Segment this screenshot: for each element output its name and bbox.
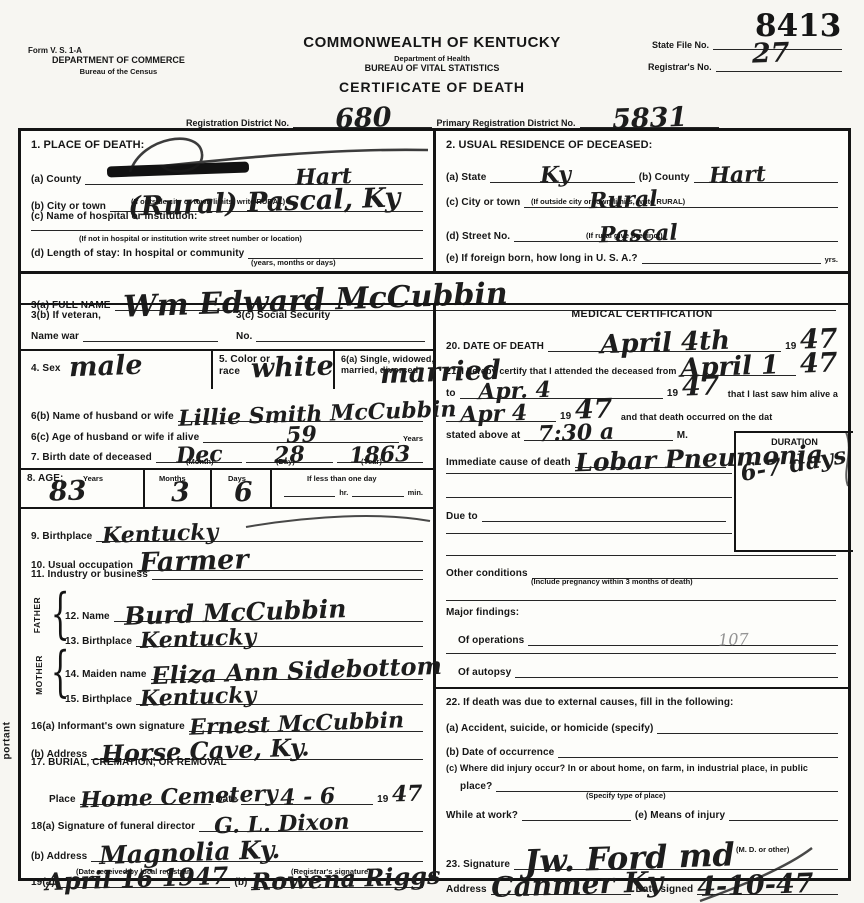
pod-hospital-line bbox=[31, 230, 423, 231]
funeral-addr-row: (b) Address Magnolia Ky. bbox=[31, 837, 423, 862]
district-row: Registration District No. 680 Primary Re… bbox=[186, 102, 719, 128]
other-note: (Include pregnancy within 3 months of de… bbox=[531, 577, 693, 586]
res-city-note: (If outside city or town limits, write R… bbox=[531, 197, 685, 206]
veteran-label: 3(b) If veteran, bbox=[31, 310, 101, 321]
operations-row: Of operations 107 bbox=[458, 627, 838, 646]
pod-hospital-note: (If not in hospital or institution write… bbox=[79, 234, 302, 243]
age-hr-min-row: hr. min. bbox=[284, 488, 423, 497]
registrar-sig-cap: (Registrar's signature) bbox=[291, 867, 371, 876]
spouse-line: Lillie Smith McCubbin bbox=[178, 400, 423, 422]
marital-cell: 6(a) Single, widowed, married, divorced … bbox=[335, 351, 433, 389]
race-value: white bbox=[251, 355, 335, 382]
father-name-row: 12. Name Burd McCubbin bbox=[65, 597, 423, 622]
informant-sig-label: 16(a) Informant's own signature bbox=[31, 721, 185, 732]
autopsy-line bbox=[515, 677, 838, 678]
right-column: MEDICAL CERTIFICATION 20. DATE OF DEATH … bbox=[436, 303, 848, 880]
fullname-row: 3(a) FULL NAME Wm Edward McCubbin bbox=[21, 274, 848, 303]
external-b-line bbox=[558, 757, 838, 758]
mother-name-value: Eliza Ann Sidebottom bbox=[150, 655, 441, 687]
reg-district-line: 680 bbox=[293, 102, 432, 128]
primary-district-line: 5831 bbox=[580, 102, 719, 128]
burial-heading: 17. BURIAL, CREMATION, OR REMOVAL bbox=[31, 757, 227, 768]
father-birthplace-value: Kentucky bbox=[140, 628, 257, 652]
cause-blank-2 bbox=[446, 497, 732, 498]
res-street-label: (d) Street No. bbox=[446, 231, 510, 242]
age-less-cell: If less than one day hr. min. bbox=[272, 470, 433, 507]
res-city-label: (c) City or town bbox=[446, 197, 520, 208]
date-signed-line: 4-10-47 bbox=[697, 869, 838, 895]
due-blank-2 bbox=[446, 555, 836, 556]
to-year: 47 bbox=[682, 374, 720, 400]
race-cell: 5. Color or race white bbox=[213, 351, 335, 389]
operations-label: Of operations bbox=[458, 635, 524, 646]
certify-text-4: stated above at bbox=[446, 430, 520, 441]
work-line bbox=[522, 820, 631, 821]
due-to-label: Due to bbox=[446, 511, 478, 522]
sex-cell: 4. Sex male bbox=[21, 351, 213, 389]
burial-date-value: 4 - 6 bbox=[280, 787, 336, 809]
age-days-value: 6 bbox=[234, 481, 254, 506]
burial-place-line: Home Cemetery bbox=[80, 783, 212, 805]
pod-heading-row: 1. PLACE OF DEATH: bbox=[31, 139, 423, 151]
certify-row-2: to Apr. 4 1947 that I last saw him alive… bbox=[446, 375, 838, 399]
veteran-ssn-row: 3(b) If veteran, Name war 3(c) Social Se… bbox=[21, 305, 433, 351]
operations-blank bbox=[446, 653, 836, 654]
hour-value: 7:30 a bbox=[538, 423, 615, 445]
mother-birthplace-line: Kentucky bbox=[136, 683, 423, 705]
ssn-label: 3(c) Social Security bbox=[236, 310, 330, 321]
form-code-text: Form V. S. 1-A bbox=[28, 46, 82, 55]
age-less-label: If less than one day bbox=[307, 474, 377, 483]
registrar-no-label: Registrar's No. bbox=[648, 62, 712, 72]
funeral-sig-value: G. L. Dixon bbox=[214, 813, 350, 838]
funeral-sig-line: G. L. Dixon bbox=[199, 810, 423, 832]
birthplace-row: 9. Birthplace Kentucky bbox=[31, 520, 423, 542]
registrar-no-row: Registrar's No. bbox=[648, 62, 842, 72]
external-a-line bbox=[657, 733, 838, 734]
external-a-row: (a) Accident, suicide, or homicide (spec… bbox=[446, 723, 838, 734]
mother-name-label: 14. Maiden name bbox=[65, 669, 147, 680]
veteran-war-row: Name war bbox=[31, 331, 218, 342]
burial-year-value: 47 bbox=[392, 785, 423, 806]
spouse-age-row: 6(c) Age of husband or wife if alive 59 … bbox=[31, 421, 423, 443]
sex-value: male bbox=[69, 354, 143, 381]
ssn-sub-label: No. bbox=[236, 331, 252, 342]
birth-year-cap: (Year) bbox=[361, 457, 382, 466]
physician-addr-line: Canmer Ky bbox=[491, 867, 632, 895]
res-county-label: (b) County bbox=[639, 172, 690, 183]
means-line bbox=[729, 820, 838, 821]
birthdate-label: 7. Birth date of deceased bbox=[31, 452, 152, 463]
means-label: (e) Means of injury bbox=[635, 810, 725, 821]
funeral-sig-label: 18(a) Signature of funeral director bbox=[31, 821, 195, 832]
res-foreign-line bbox=[642, 263, 821, 264]
veteran-sub-label: Name war bbox=[31, 331, 79, 342]
res-street-line: Pascal bbox=[514, 220, 838, 242]
registrar-b-label: (b) bbox=[234, 877, 247, 888]
mother-name-row: 14. Maiden name Eliza Ann Sidebottom bbox=[65, 655, 423, 680]
pod-heading: 1. PLACE OF DEATH: bbox=[31, 139, 144, 151]
mother-side-label: MOTHER bbox=[34, 655, 44, 695]
age-hr-label: hr. bbox=[339, 488, 348, 497]
birthplace-value: Kentucky bbox=[102, 523, 219, 547]
mother-birthplace-label: 15. Birthplace bbox=[65, 694, 132, 705]
bureau-census: Bureau of the Census bbox=[52, 67, 185, 76]
age-days-cell: Days 6 bbox=[212, 470, 272, 507]
burial-heading-row: 17. BURIAL, CREMATION, OR REMOVAL bbox=[31, 757, 423, 768]
external-c-label-2: place? bbox=[460, 781, 492, 792]
due-blank-1 bbox=[446, 533, 732, 534]
pod-stay-label: (d) Length of stay: In hospital or commu… bbox=[31, 248, 244, 259]
mother-name-line: Eliza Ann Sidebottom bbox=[151, 655, 423, 680]
sex-race-marital-row: 4. Sex male 5. Color or race white 6(a) … bbox=[21, 351, 433, 389]
age-min-line bbox=[352, 496, 403, 497]
other-blank-1 bbox=[446, 600, 836, 601]
bureau-vital: BUREAU OF VITAL STATISTICS bbox=[252, 63, 612, 73]
dod-row: 20. DATE OF DEATH April 4th 1947 bbox=[446, 327, 838, 352]
industry-row: 11. Industry or business bbox=[31, 569, 423, 580]
age-row: 8. AGE: Years 83 Months 3 Days 6 If less… bbox=[21, 468, 433, 509]
father-birthplace-row: 13. Birthplace Kentucky bbox=[65, 625, 423, 647]
commonwealth-title: COMMONWEALTH OF KENTUCKY bbox=[252, 34, 612, 51]
res-county-line: Hart bbox=[694, 161, 838, 183]
dept-commerce: DEPARTMENT OF COMMERCE bbox=[52, 55, 185, 65]
medical-heading: MEDICAL CERTIFICATION bbox=[436, 308, 848, 320]
funeral-addr-label: (b) Address bbox=[31, 851, 87, 862]
informant-sig-line: Ernest McCubbin bbox=[189, 710, 423, 732]
cause-line: Lobar Pneumonia bbox=[575, 443, 726, 468]
reg-district-label: Registration District No. bbox=[186, 118, 289, 128]
external-c-label-1: (c) Where did injury occur? In or about … bbox=[446, 763, 808, 773]
meridian-label: M. bbox=[677, 430, 688, 441]
duration-box: DURATION 6-7 days bbox=[734, 431, 853, 552]
age-months-value: 3 bbox=[171, 481, 191, 506]
age-months-cell: Months 3 bbox=[145, 470, 212, 507]
mother-birthplace-row: 15. Birthplace Kentucky bbox=[65, 683, 423, 705]
sex-label: 4. Sex bbox=[31, 363, 61, 374]
age-hr-line bbox=[284, 496, 335, 497]
physician-addr-value: Canmer Ky bbox=[491, 869, 664, 900]
external-b-label: (b) Date of occurrence bbox=[446, 747, 554, 758]
res-street-note: (If rural give precinct) bbox=[586, 231, 663, 240]
margin-vertical-text: portant bbox=[1, 722, 12, 760]
hour-line: 7:30 a bbox=[524, 419, 672, 441]
dept-health: Department of Health bbox=[252, 54, 612, 63]
registrar-no-line bbox=[716, 71, 842, 72]
work-label: While at work? bbox=[446, 810, 518, 821]
occupation-row: 10. Usual occupation Farmer bbox=[31, 545, 423, 571]
father-birthplace-line: Kentucky bbox=[136, 625, 423, 647]
work-means-row: While at work? (e) Means of injury bbox=[446, 810, 838, 821]
primary-district-label: Primary Registration District No. bbox=[436, 118, 575, 128]
dod-line: April 4th bbox=[548, 327, 781, 352]
burial-place-value: Home Cemetery bbox=[80, 785, 278, 812]
registrar-date-cap: (Date received by local registrar) bbox=[76, 867, 192, 876]
pod-stay-row: (d) Length of stay: In hospital or commu… bbox=[31, 248, 423, 259]
cause-blank-1 bbox=[446, 473, 732, 474]
external-divider bbox=[436, 687, 848, 689]
death-certificate-scan: Form V. S. 1-A DEPARTMENT OF COMMERCE Bu… bbox=[0, 0, 864, 903]
res-foreign-unit: yrs. bbox=[825, 255, 838, 264]
external-c-note: (Specify type of place) bbox=[586, 791, 666, 800]
place-of-death-box: 1. PLACE OF DEATH: (a) County Hart (b) C… bbox=[21, 131, 436, 274]
birth-day-cap: (Day) bbox=[276, 457, 295, 466]
date-signed-value: 4-10-47 bbox=[697, 872, 814, 900]
left-column: 3(b) If veteran, Name war 3(c) Social Se… bbox=[21, 303, 436, 880]
certificate-title: CERTIFICATE OF DEATH bbox=[252, 79, 612, 95]
spouse-age-line: 59 bbox=[203, 421, 399, 443]
age-min-label: min. bbox=[408, 488, 423, 497]
external-heading: 22. If death was due to external causes,… bbox=[446, 697, 733, 708]
certify-row-1: 21. I hereby certify that I attended the… bbox=[446, 351, 838, 376]
external-c-line bbox=[496, 791, 838, 792]
res-heading-row: 2. USUAL RESIDENCE OF DECEASED: bbox=[446, 139, 838, 151]
pod-city-note: (If outside city or town limits, write R… bbox=[131, 197, 285, 206]
res-state-value: Ky bbox=[540, 165, 572, 186]
external-a-label: (a) Accident, suicide, or homicide (spec… bbox=[446, 723, 653, 734]
due-to-line bbox=[482, 521, 726, 522]
burial-year-prefix: 19 bbox=[377, 794, 388, 805]
due-to-row: Due to bbox=[446, 511, 726, 522]
father-name-label: 12. Name bbox=[65, 611, 110, 622]
cause-row: Immediate cause of death Lobar Pneumonia bbox=[446, 443, 726, 468]
burial-place-row: Place Home Cemetery Date 4 - 6 1947 bbox=[49, 783, 423, 805]
state-file-label: State File No. bbox=[652, 40, 709, 50]
industry-line bbox=[152, 579, 423, 580]
funeral-addr-line: Magnolia Ky. bbox=[91, 837, 423, 862]
age-years-cell: 8. AGE: Years 83 bbox=[21, 470, 145, 507]
res-state-line: Ky bbox=[490, 161, 634, 183]
birthplace-label: 9. Birthplace bbox=[31, 531, 92, 542]
occupation-line: Farmer bbox=[137, 545, 423, 571]
ssn-row: No. bbox=[236, 331, 425, 342]
dept-commerce-block: DEPARTMENT OF COMMERCE Bureau of the Cen… bbox=[52, 55, 185, 76]
industry-label: 11. Industry or business bbox=[31, 569, 148, 580]
age-years-value: 83 bbox=[49, 479, 87, 505]
res-state-label: (a) State bbox=[446, 172, 486, 183]
certify-row-4: stated above at 7:30 a M. bbox=[446, 419, 688, 441]
residence-box: 2. USUAL RESIDENCE OF DECEASED: (a) Stat… bbox=[436, 131, 848, 274]
autopsy-label: Of autopsy bbox=[458, 667, 511, 678]
duration-value: 6-7 days bbox=[739, 446, 848, 485]
father-birthplace-label: 13. Birthplace bbox=[65, 636, 132, 647]
pod-stay-note: (years, months or days) bbox=[251, 258, 336, 267]
autopsy-row: Of autopsy bbox=[458, 667, 838, 678]
title-block: COMMONWEALTH OF KENTUCKY Department of H… bbox=[252, 34, 612, 95]
funeral-sig-row: 18(a) Signature of funeral director G. L… bbox=[31, 810, 423, 832]
birthplace-line: Kentucky bbox=[96, 520, 423, 542]
pod-hospital-label: (c) Name of hospital or institution: bbox=[31, 211, 197, 222]
external-b-row: (b) Date of occurrence bbox=[446, 747, 838, 758]
informant-sig-row: 16(a) Informant's own signature Ernest M… bbox=[31, 710, 423, 732]
ssn-line bbox=[256, 341, 425, 342]
to-line: Apr. 4 bbox=[460, 377, 663, 399]
veteran-war-line bbox=[83, 341, 218, 342]
physician-sig-cap: (M. D. or other) bbox=[736, 845, 789, 854]
other-label: Other conditions bbox=[446, 568, 528, 579]
res-foreign-row: (e) If foreign born, how long in U. S. A… bbox=[446, 253, 838, 264]
res-heading: 2. USUAL RESIDENCE OF DECEASED: bbox=[446, 139, 652, 151]
physician-addr-label: Address bbox=[446, 884, 487, 895]
form-body: 1. PLACE OF DEATH: (a) County Hart (b) C… bbox=[18, 128, 851, 881]
from-year: 47 bbox=[800, 351, 838, 377]
father-side-label: FATHER bbox=[32, 597, 42, 633]
operations-line: 107 bbox=[528, 627, 838, 646]
physician-sig-line: Jw. Ford md bbox=[514, 839, 838, 870]
res-foreign-label: (e) If foreign born, how long in U. S. A… bbox=[446, 253, 638, 264]
father-name-line: Burd McCubbin bbox=[114, 597, 423, 622]
pod-hospital-row: (c) Name of hospital or institution: bbox=[31, 211, 423, 222]
operations-pencil-note: 107 bbox=[718, 632, 749, 647]
pod-county-label: (a) County bbox=[31, 174, 81, 185]
physician-addr-row: Address Canmer Ky Date signed 4-10-47 bbox=[446, 867, 838, 895]
state-file-row: State File No. bbox=[652, 40, 842, 50]
burial-place-label: Place bbox=[49, 794, 76, 805]
res-state-county-row: (a) State Ky (b) County Hart bbox=[446, 161, 838, 183]
findings-label: Major findings: bbox=[446, 607, 519, 618]
cause-label: Immediate cause of death bbox=[446, 457, 571, 468]
mother-birthplace-value: Kentucky bbox=[140, 686, 257, 710]
spouse-row: 6(b) Name of husband or wife Lillie Smit… bbox=[31, 400, 423, 422]
res-county-value: Hart bbox=[709, 165, 766, 187]
birth-month-cap: (Month) bbox=[186, 457, 213, 466]
